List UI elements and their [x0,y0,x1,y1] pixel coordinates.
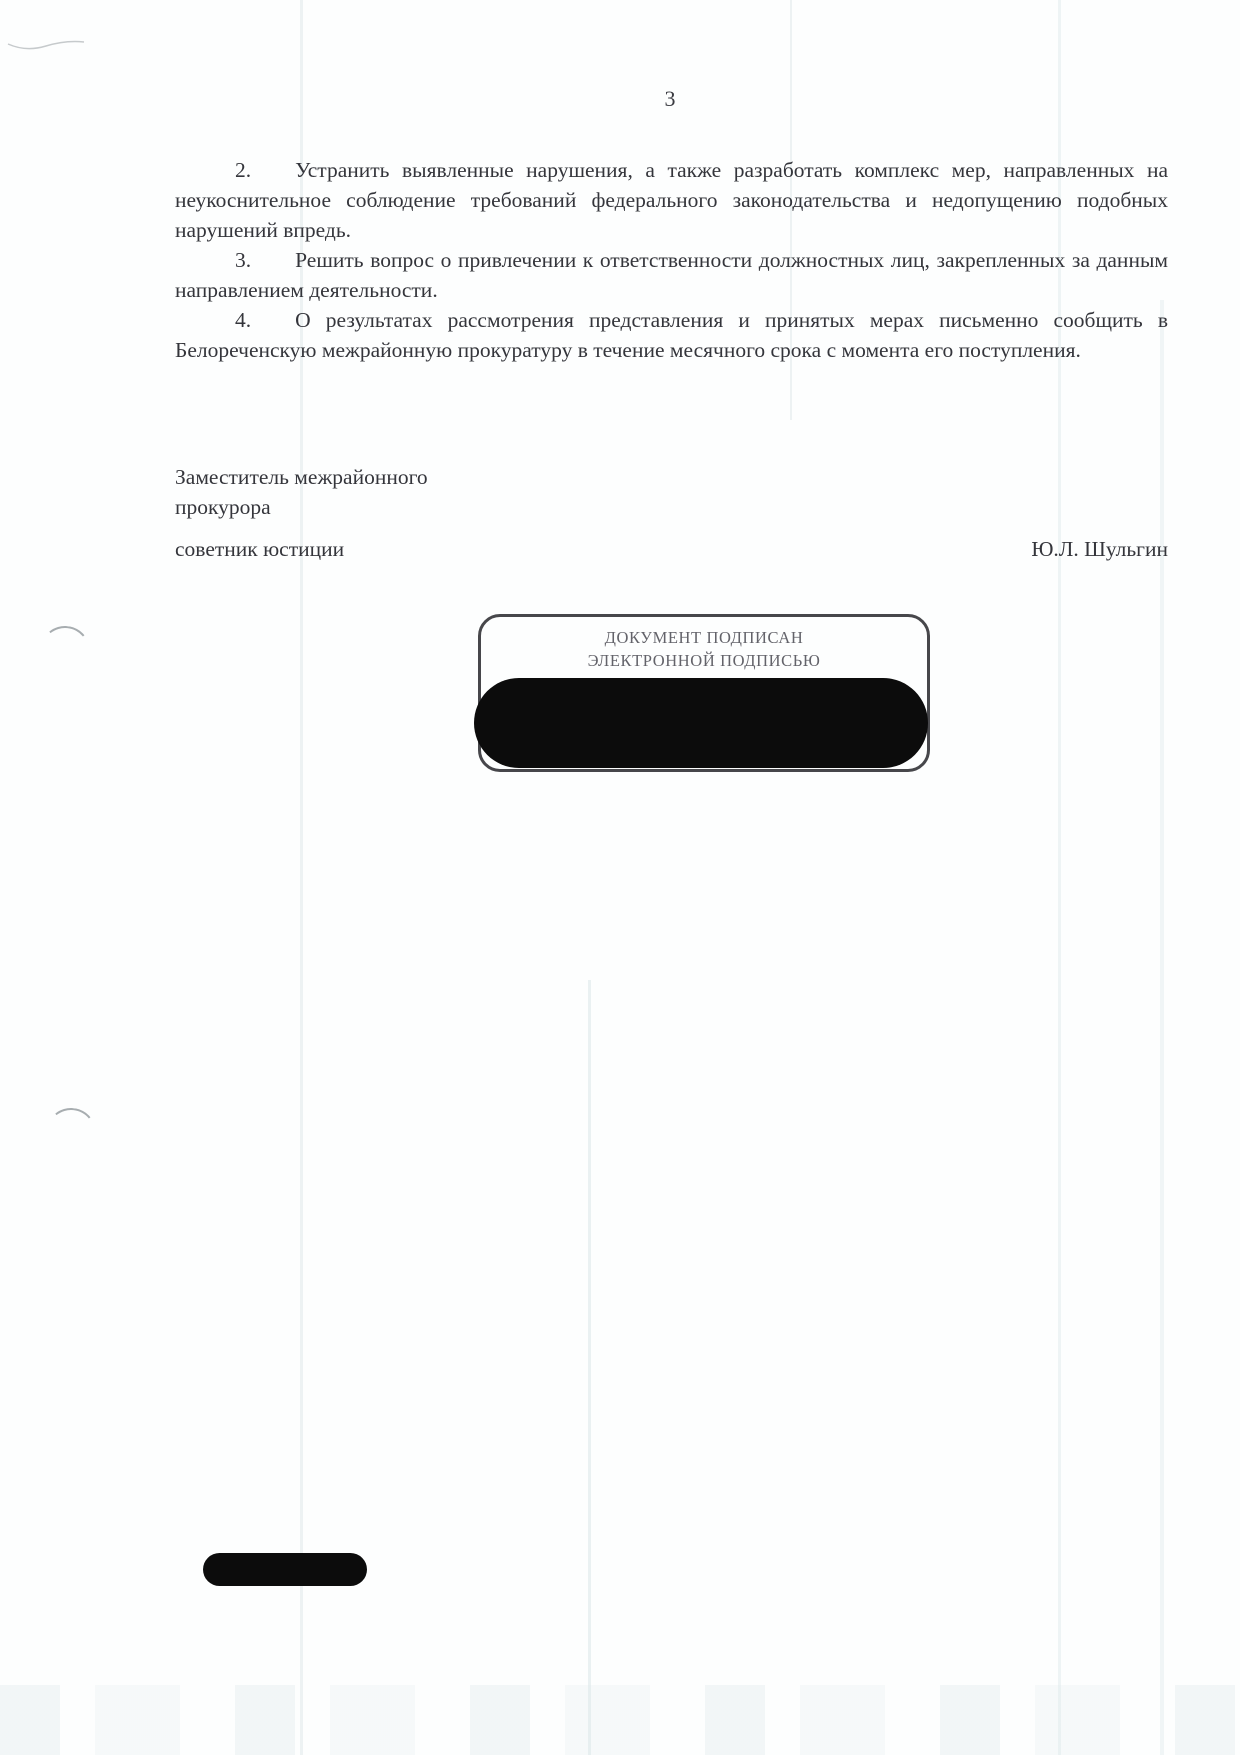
electronic-signature-stamp: ДОКУМЕНТ ПОДПИСАН ЭЛЕКТРОННОЙ ПОДПИСЬЮ [478,614,930,772]
paragraph-3-number: 3. [235,248,251,272]
stamp-line2: ЭЛЕКТРОННОЙ ПОДПИСЬЮ [481,649,927,672]
pencil-mark [6,30,106,60]
scan-streak [588,980,591,1755]
document-body: 2.Устранить выявленные нарушения, а такж… [175,155,1168,365]
paragraph-2: 2.Устранить выявленные нарушения, а такж… [175,155,1168,245]
scan-noise-band [0,1685,1240,1755]
stamp-line1: ДОКУМЕНТ ПОДПИСАН [481,626,927,649]
punch-hole-arc [38,624,93,679]
signer-rank: советник юстиции [175,534,344,564]
paragraph-4-text: О результатах рассмотрения представления… [175,308,1168,362]
scanned-document-page: 3 2.Устранить выявленные нарушения, а та… [0,0,1240,1755]
signer-position-line1: Заместитель межрайонного [175,462,428,492]
page-number: 3 [170,86,1170,112]
paragraph-3-text: Решить вопрос о привлечении к ответствен… [175,248,1168,302]
paragraph-4-number: 4. [235,308,251,332]
signer-position: Заместитель межрайонного прокурора [175,462,428,522]
signer-position-line2: прокурора [175,492,428,522]
paragraph-4: 4.О результатах рассмотрения представлен… [175,305,1168,365]
signature-row: советник юстиции Ю.Л. Шульгин [175,534,1168,564]
signer-name: Ю.Л. Шульгин [1031,534,1168,564]
punch-hole-arc [44,1106,99,1161]
paragraph-2-text: Устранить выявленные нарушения, а также … [175,158,1168,242]
paragraph-2-number: 2. [235,158,251,182]
paragraph-3: 3.Решить вопрос о привлечении к ответств… [175,245,1168,305]
redaction-bar [474,678,928,768]
stamp-text: ДОКУМЕНТ ПОДПИСАН ЭЛЕКТРОННОЙ ПОДПИСЬЮ [481,626,927,672]
scan-streak [1160,300,1164,1755]
redaction-bar [203,1553,367,1586]
